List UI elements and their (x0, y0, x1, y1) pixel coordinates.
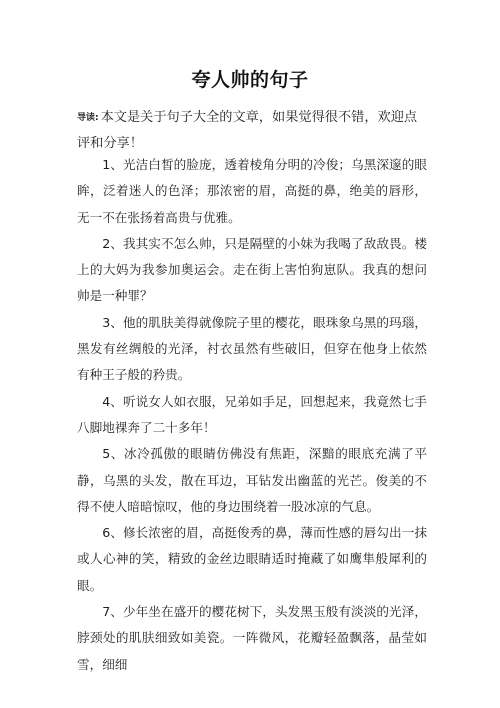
paragraph-2: 2、我其实不怎么帅，只是隔壁的小妹为我喝了敌敌畏。楼上的大妈为我参加奥运会。走在… (77, 231, 427, 310)
paragraph-7: 7、少年坐在盛开的樱花树下，头发黑玉般有淡淡的光泽，脖颈处的肌肤细致如美瓷。一阵… (77, 599, 427, 678)
intro-text: 本文是关于句子大全的文章，如果觉得很不错，欢迎点评和分享！ (77, 110, 417, 151)
paragraph-3: 3、他的肌肤美得就像院子里的樱花，眼珠象乌黑的玛瑙，黑发有丝绸般的光泽，衬衣虽然… (77, 310, 427, 389)
document-page: 夸人帅的句子 导读:本文是关于句子大全的文章，如果觉得很不错，欢迎点评和分享！ … (0, 0, 500, 708)
document-title: 夸人帅的句子 (0, 66, 500, 94)
paragraph-1: 1、光洁白皙的脸庞，透着棱角分明的冷俊；乌黑深邃的眼眸，泛着迷人的色泽；那浓密的… (77, 152, 427, 231)
paragraph-5: 5、冰冷孤傲的眼睛仿佛没有焦距，深黯的眼底充满了平静，乌黑的头发，散在耳边，耳钻… (77, 441, 427, 520)
paragraph-6: 6、修长浓密的眉，高挺俊秀的鼻，薄而性感的唇勾出一抹或人心神的笑，精致的金丝边眼… (77, 520, 427, 599)
intro-label: 导读: (77, 113, 99, 123)
intro-paragraph: 导读:本文是关于句子大全的文章，如果觉得很不错，欢迎点评和分享！ (77, 105, 425, 156)
document-body: 1、光洁白皙的脸庞，透着棱角分明的冷俊；乌黑深邃的眼眸，泛着迷人的色泽；那浓密的… (77, 152, 427, 678)
paragraph-4: 4、听说女人如衣服，兄弟如手足，回想起来，我竟然七手八脚地裸奔了二十多年！ (77, 389, 427, 442)
